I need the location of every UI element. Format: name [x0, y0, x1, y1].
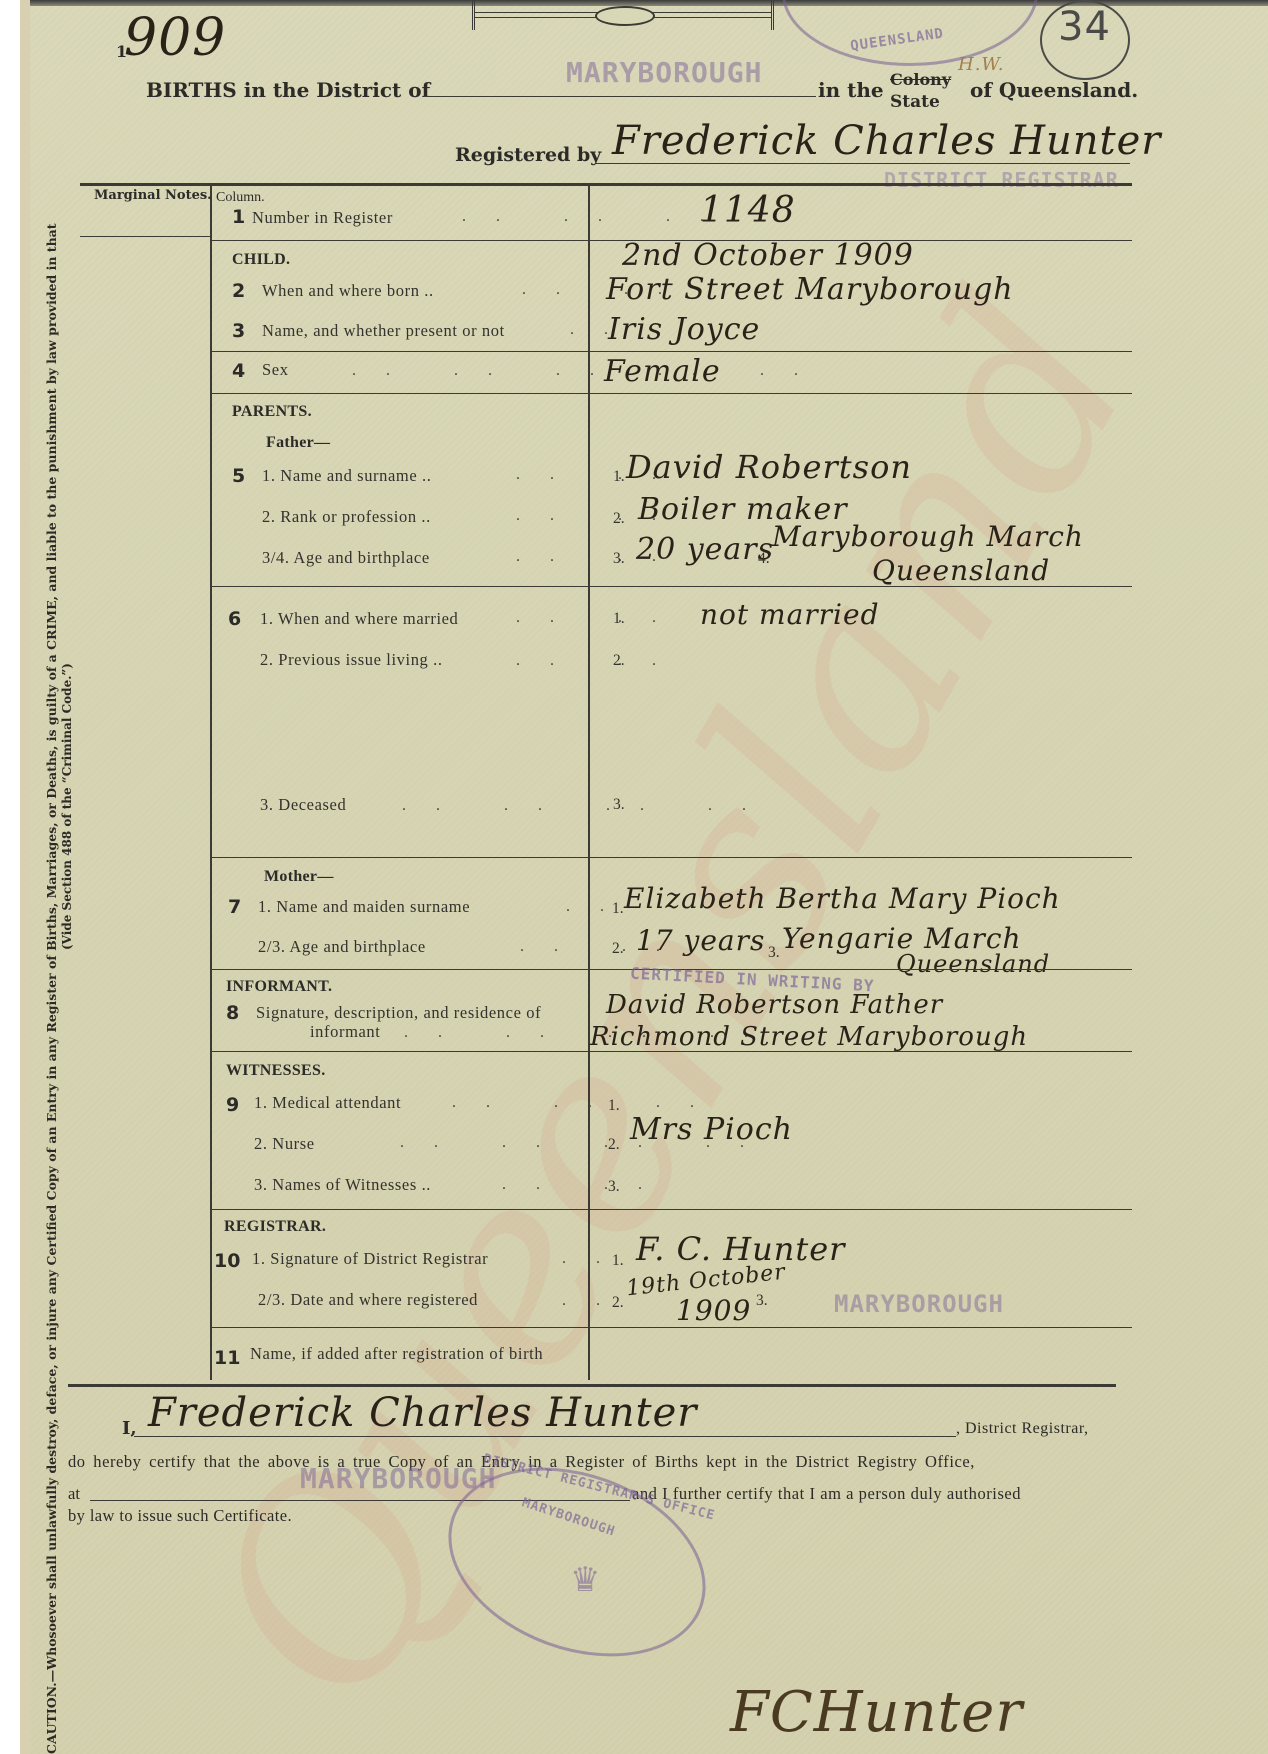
row-6-index-2: 2. [613, 652, 625, 670]
child-section-heading: CHILD. [232, 251, 290, 269]
cert-further-certify: and I further certify that I am a person… [632, 1484, 1021, 1504]
row-4-number: 4 [232, 360, 245, 382]
row-9-label-2: 2. Nurse [254, 1134, 315, 1154]
row-1-number: 1 [232, 206, 245, 228]
row-10-label-1: 1. Signature of District Registrar [252, 1249, 488, 1269]
page-number: 34 [1058, 4, 1111, 50]
births-district-label: BIRTHS in the District of [146, 78, 430, 102]
parents-section-heading: PARENTS. [232, 403, 312, 421]
row-10-index-3: 3. [756, 1292, 768, 1310]
state-label: State [890, 92, 940, 112]
row-6-label-2: 2. Previous issue living .. [260, 650, 443, 670]
nurse-value: Mrs Pioch [630, 1112, 793, 1147]
witnesses-section-heading: WITNESSES. [226, 1062, 326, 1080]
district-registrar-stamp: DISTRICT REGISTRAR [884, 168, 1119, 192]
mother-name-value: Elizabeth Bertha Mary Pioch [624, 882, 1061, 915]
row-7-index-3: 3. [768, 944, 780, 962]
father-heading: Father— [266, 434, 330, 452]
district-stamp: MARYBOROUGH [566, 56, 762, 89]
colony-struck: Colony [890, 70, 951, 89]
row-5-label-2: 2. Rank or profession .. [262, 507, 431, 527]
side-criminal-code-ref: (Vide Section 488 of the “Criminal Code.… [60, 663, 74, 950]
leader-dots: .. .. .. [452, 1094, 724, 1112]
registration-place-stamp: MARYBOROUGH [834, 1290, 1004, 1318]
row-10-index-2: 2. [612, 1294, 624, 1312]
row-divider [210, 1327, 1132, 1328]
father-birthplace-value: Maryborough March [772, 520, 1084, 553]
row-7-number: 7 [228, 896, 241, 918]
cert-name-underline [134, 1436, 956, 1437]
marginal-notes-label: Marginal Notes. [94, 188, 212, 203]
row-3-value: Iris Joyce [608, 312, 760, 347]
row-6-index-1: 1. [613, 610, 625, 628]
row-9-number: 9 [226, 1094, 239, 1116]
leader-dots: .. .. [502, 1176, 672, 1194]
year-handwritten: 909 [124, 8, 226, 68]
row-2-value-date: 2nd October 1909 [622, 238, 914, 273]
row-10-label-2: 2/3. Date and where registered [258, 1290, 478, 1310]
row-7-index-1: 1. [612, 900, 624, 918]
marginal-col-divider [210, 186, 212, 1380]
row-7-label-1: 1. Name and maiden surname [258, 897, 470, 917]
row-7-label-2: 2/3. Age and birthplace [258, 937, 426, 957]
row-5-index-3: 3. [613, 550, 625, 568]
registrar-section-heading: REGISTRAR. [224, 1218, 326, 1236]
row-4-label: Sex [262, 360, 289, 380]
father-birthplace-state: Queensland [872, 554, 1050, 587]
row-divider [210, 1209, 1132, 1210]
informant-section-heading: INFORMANT. [226, 978, 332, 996]
leader-dots: .. .. [516, 609, 686, 627]
table-top-rule [80, 183, 1132, 186]
row-2-value-place: Fort Street Maryborough [606, 272, 1014, 307]
crown-icon: ♛ [570, 1560, 600, 1600]
scroll-ornament-icon [595, 6, 655, 26]
father-age-value: 20 years [636, 532, 774, 567]
row-2-label: When and where born .. [262, 281, 434, 301]
row-10-number: 10 [214, 1250, 240, 1272]
row-divider [210, 1051, 1132, 1052]
row-divider [210, 351, 1132, 352]
row-4-value: Female [604, 354, 721, 389]
cert-registrar-name: Frederick Charles Hunter [148, 1390, 697, 1436]
leader-dots: .. .. [516, 652, 686, 670]
row-3-label: Name, and whether present or not [262, 321, 505, 341]
row-divider [210, 857, 1132, 858]
row-divider [210, 586, 1132, 587]
margin-initials: H.W. [958, 54, 1005, 75]
row-9-index-2: 2. [608, 1136, 620, 1154]
cert-authority-line: by law to issue such Certificate. [68, 1506, 292, 1526]
side-caution-notice: CAUTION.—Whosoever shall unlawfully dest… [44, 223, 59, 1754]
row-9-label-3: 3. Names of Witnesses .. [254, 1175, 431, 1195]
row-2-number: 2 [232, 280, 245, 302]
row-1-label: Number in Register [252, 208, 393, 228]
header-ornament [472, 0, 774, 30]
row-8-label-1: Signature, description, and residence of [256, 1003, 541, 1023]
row-6-number: 6 [228, 608, 241, 630]
registered-by-name: Frederick Charles Hunter [612, 118, 1161, 164]
row-5-index-1: 1. [613, 468, 625, 486]
row-5-index-2: 2. [613, 510, 625, 528]
row-9-index-1: 1. [608, 1097, 620, 1115]
row-3-number: 3 [232, 320, 245, 342]
leader-dots: .. .. .. .. .. [352, 362, 828, 380]
row-11-label: Name, if added after registration of bir… [250, 1344, 543, 1364]
row-5-label-3: 3/4. Age and birthplace [262, 548, 430, 568]
row-6-label-3: 3. Deceased [260, 795, 346, 815]
registration-year-value: 1909 [676, 1294, 751, 1327]
table-bottom-rule [68, 1384, 1116, 1387]
row-8-label-2: informant [310, 1022, 380, 1042]
row-6-index-3: 3. [613, 796, 625, 814]
cert-at-label: at [68, 1484, 80, 1504]
row-8-number: 8 [226, 1002, 239, 1024]
married-value: not married [700, 598, 880, 631]
row-7-index-2: 2. [612, 940, 624, 958]
registrar-signature-value: F. C. Hunter [636, 1230, 845, 1268]
row-5-index-4: 4. [758, 550, 770, 568]
father-name-value: David Robertson [626, 448, 912, 486]
row-10-index-1: 1. [612, 1252, 624, 1270]
mother-age-value: 17 years [636, 924, 765, 957]
registered-by-label: Registered by [455, 144, 601, 166]
row-5-number: 5 [232, 465, 245, 487]
leader-dots: .. .. .. .. [402, 797, 776, 815]
row-9-index-3: 3. [608, 1178, 620, 1196]
cert-signature: FCHunter [730, 1680, 1023, 1745]
row-divider [210, 393, 1132, 394]
row-5-label-1: 1. Name and surname .. [262, 466, 431, 486]
district-underline [424, 96, 816, 97]
mother-heading: Mother— [264, 868, 334, 886]
row-9-label-1: 1. Medical attendant [254, 1093, 401, 1113]
leader-dots: .. .. .. [462, 208, 734, 226]
row-1-value: 1148 [700, 190, 796, 231]
in-the-label: in the [818, 78, 884, 102]
column-label: Column. [216, 190, 265, 206]
of-queensland-label: of Queensland. [970, 78, 1138, 102]
mother-birthplace-state: Queensland [896, 950, 1050, 978]
cert-district-registrar-label: , District Registrar, [956, 1420, 1089, 1438]
informant-residence-value: Richmond Street Maryborough [590, 1022, 1028, 1052]
row-6-label-1: 1. When and where married [260, 609, 458, 629]
row-11-number: 11 [214, 1347, 240, 1369]
marginal-notes-underline [80, 236, 210, 237]
cert-at-stamp: MARYBOROUGH [300, 1462, 496, 1495]
informant-name-value: David Robertson Father [606, 990, 943, 1020]
